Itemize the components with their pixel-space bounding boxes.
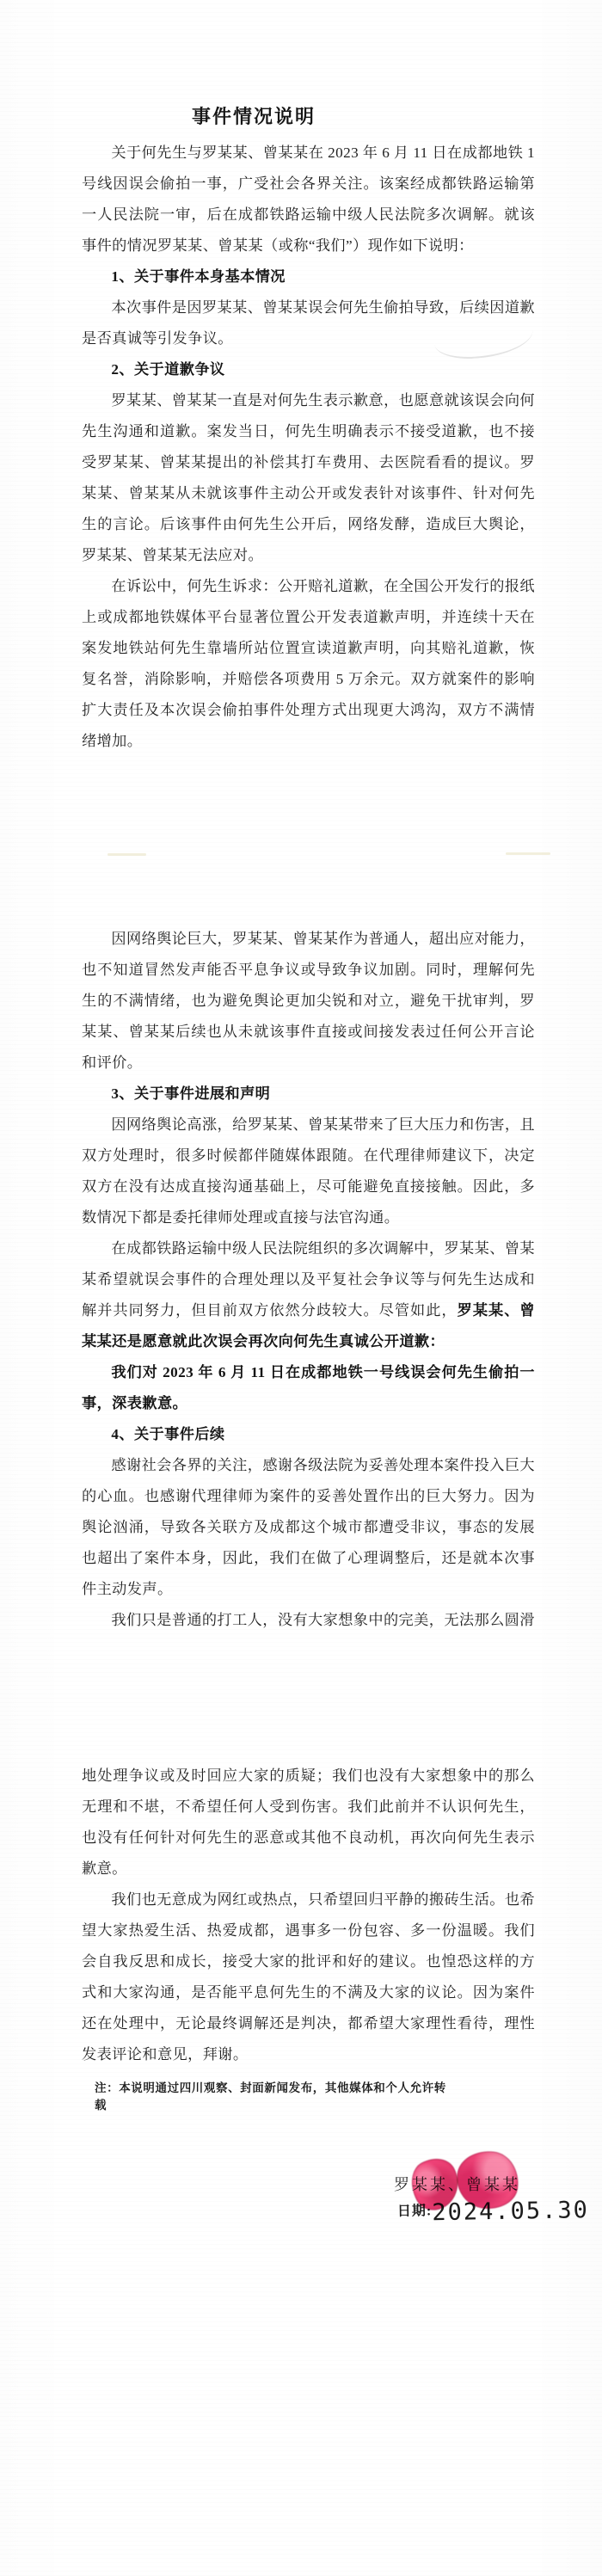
section-2-heading: 2、关于道歉争议 [82,354,535,385]
page1-text-block: 关于何先生与罗某某、曾某某在 2023 年 6 月 11 日在成都地铁 1 号线… [82,138,535,757]
document-title: 事件情况说明 [52,102,456,129]
intro-paragraph: 关于何先生与罗某某、曾某某在 2023 年 6 月 11 日在成都地铁 1 号线… [82,138,535,261]
page3-text-block: 地处理争议或及时回应大家的质疑；我们也没有大家想象中的那么无理和不堪，不希望任何… [82,1761,535,2070]
section-3-paragraph-mediation: 在成都铁路运输中级人民法院组织的多次调解中，罗某某、曾某某希望就误会事件的合理处… [82,1233,535,1357]
publication-note: 注：本说明通过四川观察、封面新闻发布，其他媒体和个人允许转载 [95,2078,456,2112]
section-4-paragraph-workers-start: 我们只是普通的打工人，没有大家想象中的完美，无法那么圆滑 [82,1605,535,1636]
public-apology-paragraph: 我们对 2023 年 6 月 11 日在成都地铁一号线误会何先生偷拍一事，深表歉… [82,1357,535,1419]
scanned-statement-page: { "document": { "title": "事件情况说明", "page… [0,0,602,2576]
section-2-paragraph-pressure: 因网络舆论巨大，罗某某、曾某某作为普通人，超出应对能力，也不知道冒然发声能否平息… [82,924,535,1079]
section-1-paragraph: 本次事件是因罗某某、曾某某误会何先生偷拍导致，后续因道歉是否真诚等引发争议。 [82,292,535,354]
section-3-paragraph-lawyer: 因网络舆论高涨，给罗某某、曾某某带来了巨大压力和伤害，且双方处理时，很多时候都伴… [82,1110,535,1233]
section-1-heading: 1、关于事件本身基本情况 [82,261,535,292]
section-3-heading: 3、关于事件进展和声明 [82,1079,535,1110]
section-4-paragraph-closing: 我们也无意成为网红或热点，只希望回归平静的搬砖生活。也希望大家热爱生活、热爱成都… [82,1884,535,2070]
page2-text-block: 因网络舆论巨大，罗某某、曾某某作为普通人，超出应对能力，也不知道冒然发声能否平息… [82,924,535,1636]
section-2-paragraph-lawsuit: 在诉讼中，何先生诉求：公开赔礼道歉，在全国公开发行的报纸上或成都地铁媒体平台显著… [82,571,535,757]
scan-streak-artifact [506,852,550,855]
scan-streak-artifact [107,853,146,856]
section-2-paragraph-apology: 罗某某、曾某某一直是对何先生表示歉意，也愿意就该误会向何先生沟通和道歉。案发当日… [82,385,535,571]
section-4-heading: 4、关于事件后续 [82,1419,535,1450]
section-4-paragraph-thanks: 感谢社会各界的关注，感谢各级法院为妥善处理本案件投入巨大的心血。也感谢代理律师为… [82,1450,535,1605]
section-4-paragraph-workers-continuation: 地处理争议或及时回应大家的质疑；我们也没有大家想象中的那么无理和不堪，不希望任何… [82,1761,535,1884]
